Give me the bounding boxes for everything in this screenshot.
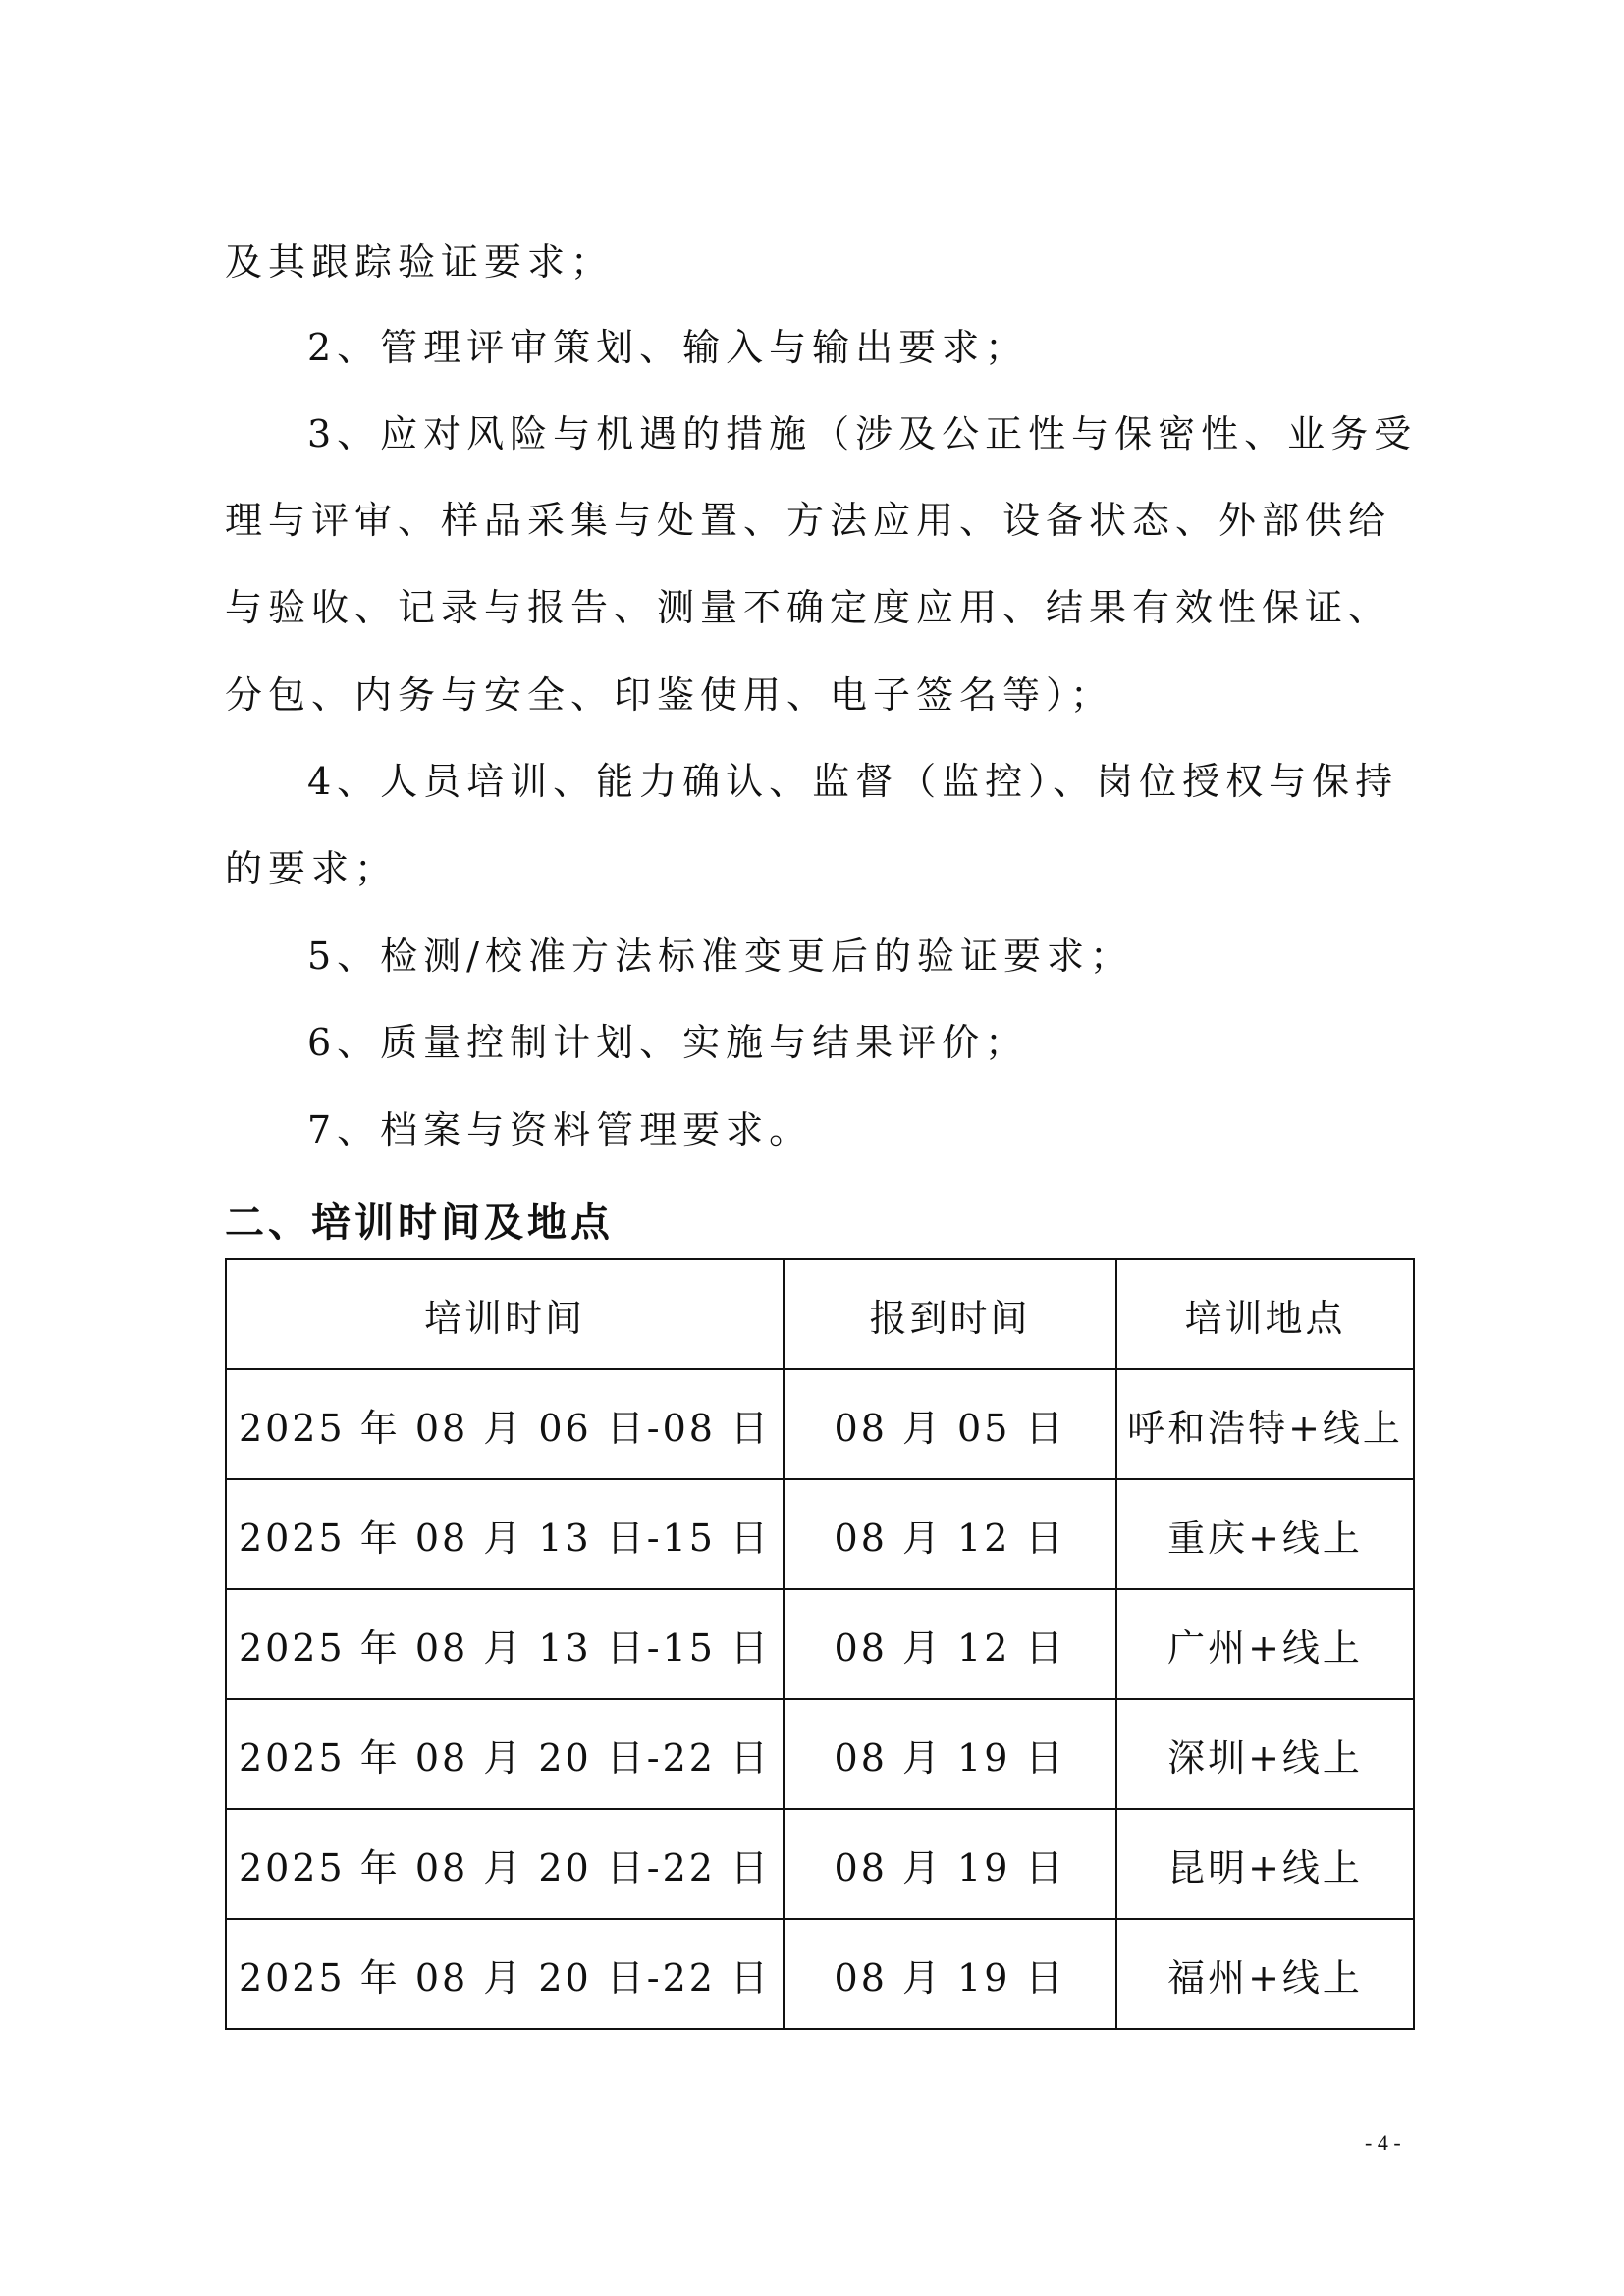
header-checkin-time: 报到时间 xyxy=(784,1259,1116,1369)
table-row: 2025 年 08 月 20 日-22 日 08 月 19 日 福州+线上 xyxy=(226,1919,1414,2029)
cell-training-time: 2025 年 08 月 13 日-15 日 xyxy=(226,1479,784,1589)
cell-location: 深圳+线上 xyxy=(1116,1699,1414,1809)
header-training-time: 培训时间 xyxy=(226,1259,784,1369)
list-item-7: 7、档案与资料管理要求。 xyxy=(307,1108,812,1151)
table-row: 2025 年 08 月 20 日-22 日 08 月 19 日 昆明+线上 xyxy=(226,1809,1414,1919)
cell-training-time: 2025 年 08 月 20 日-22 日 xyxy=(226,1919,784,2029)
cell-training-time: 2025 年 08 月 20 日-22 日 xyxy=(226,1699,784,1809)
paragraph-line: 的要求； xyxy=(225,847,398,890)
table-row: 2025 年 08 月 06 日-08 日 08 月 05 日 呼和浩特+线上 xyxy=(226,1369,1414,1479)
cell-checkin-time: 08 月 19 日 xyxy=(784,1919,1116,2029)
cell-checkin-time: 08 月 12 日 xyxy=(784,1589,1116,1699)
paragraph-line: 理与评审、样品采集与处置、方法应用、设备状态、外部供给 xyxy=(225,499,1391,542)
paragraph-line: 与验收、记录与报告、测量不确定度应用、结果有效性保证、 xyxy=(225,586,1391,629)
list-item-5: 5、检测/校准方法标准变更后的验证要求； xyxy=(307,934,1133,978)
cell-training-time: 2025 年 08 月 20 日-22 日 xyxy=(226,1809,784,1919)
list-item-6: 6、质量控制计划、实施与结果评价； xyxy=(307,1021,1028,1064)
section-heading: 二、培训时间及地点 xyxy=(225,1200,614,1247)
table-row: 2025 年 08 月 13 日-15 日 08 月 12 日 广州+线上 xyxy=(226,1589,1414,1699)
list-item-2: 2、管理评审策划、输入与输出要求； xyxy=(307,326,1028,369)
cell-location: 广州+线上 xyxy=(1116,1589,1414,1699)
cell-location: 昆明+线上 xyxy=(1116,1809,1414,1919)
cell-checkin-time: 08 月 19 日 xyxy=(784,1809,1116,1919)
header-location: 培训地点 xyxy=(1116,1259,1414,1369)
page-number: - 4 - xyxy=(1365,2130,1401,2156)
cell-checkin-time: 08 月 05 日 xyxy=(784,1369,1116,1479)
cell-location: 呼和浩特+线上 xyxy=(1116,1369,1414,1479)
list-item-4: 4、人员培训、能力确认、监督（监控）、岗位授权与保持 xyxy=(307,760,1398,803)
list-item-3: 3、应对风险与机遇的措施（涉及公正性与保密性、业务受 xyxy=(307,412,1417,455)
cell-location: 福州+线上 xyxy=(1116,1919,1414,2029)
cell-checkin-time: 08 月 12 日 xyxy=(784,1479,1116,1589)
paragraph-line: 分包、内务与安全、印鉴使用、电子签名等）； xyxy=(225,673,1113,717)
cell-training-time: 2025 年 08 月 13 日-15 日 xyxy=(226,1589,784,1699)
schedule-table: 培训时间 报到时间 培训地点 2025 年 08 月 06 日-08 日 08 … xyxy=(225,1258,1415,2030)
paragraph-line: 及其跟踪验证要求； xyxy=(225,240,614,284)
cell-training-time: 2025 年 08 月 06 日-08 日 xyxy=(226,1369,784,1479)
table-row: 2025 年 08 月 20 日-22 日 08 月 19 日 深圳+线上 xyxy=(226,1699,1414,1809)
table-row: 2025 年 08 月 13 日-15 日 08 月 12 日 重庆+线上 xyxy=(226,1479,1414,1589)
cell-location: 重庆+线上 xyxy=(1116,1479,1414,1589)
cell-checkin-time: 08 月 19 日 xyxy=(784,1699,1116,1809)
table-header-row: 培训时间 报到时间 培训地点 xyxy=(226,1259,1414,1369)
